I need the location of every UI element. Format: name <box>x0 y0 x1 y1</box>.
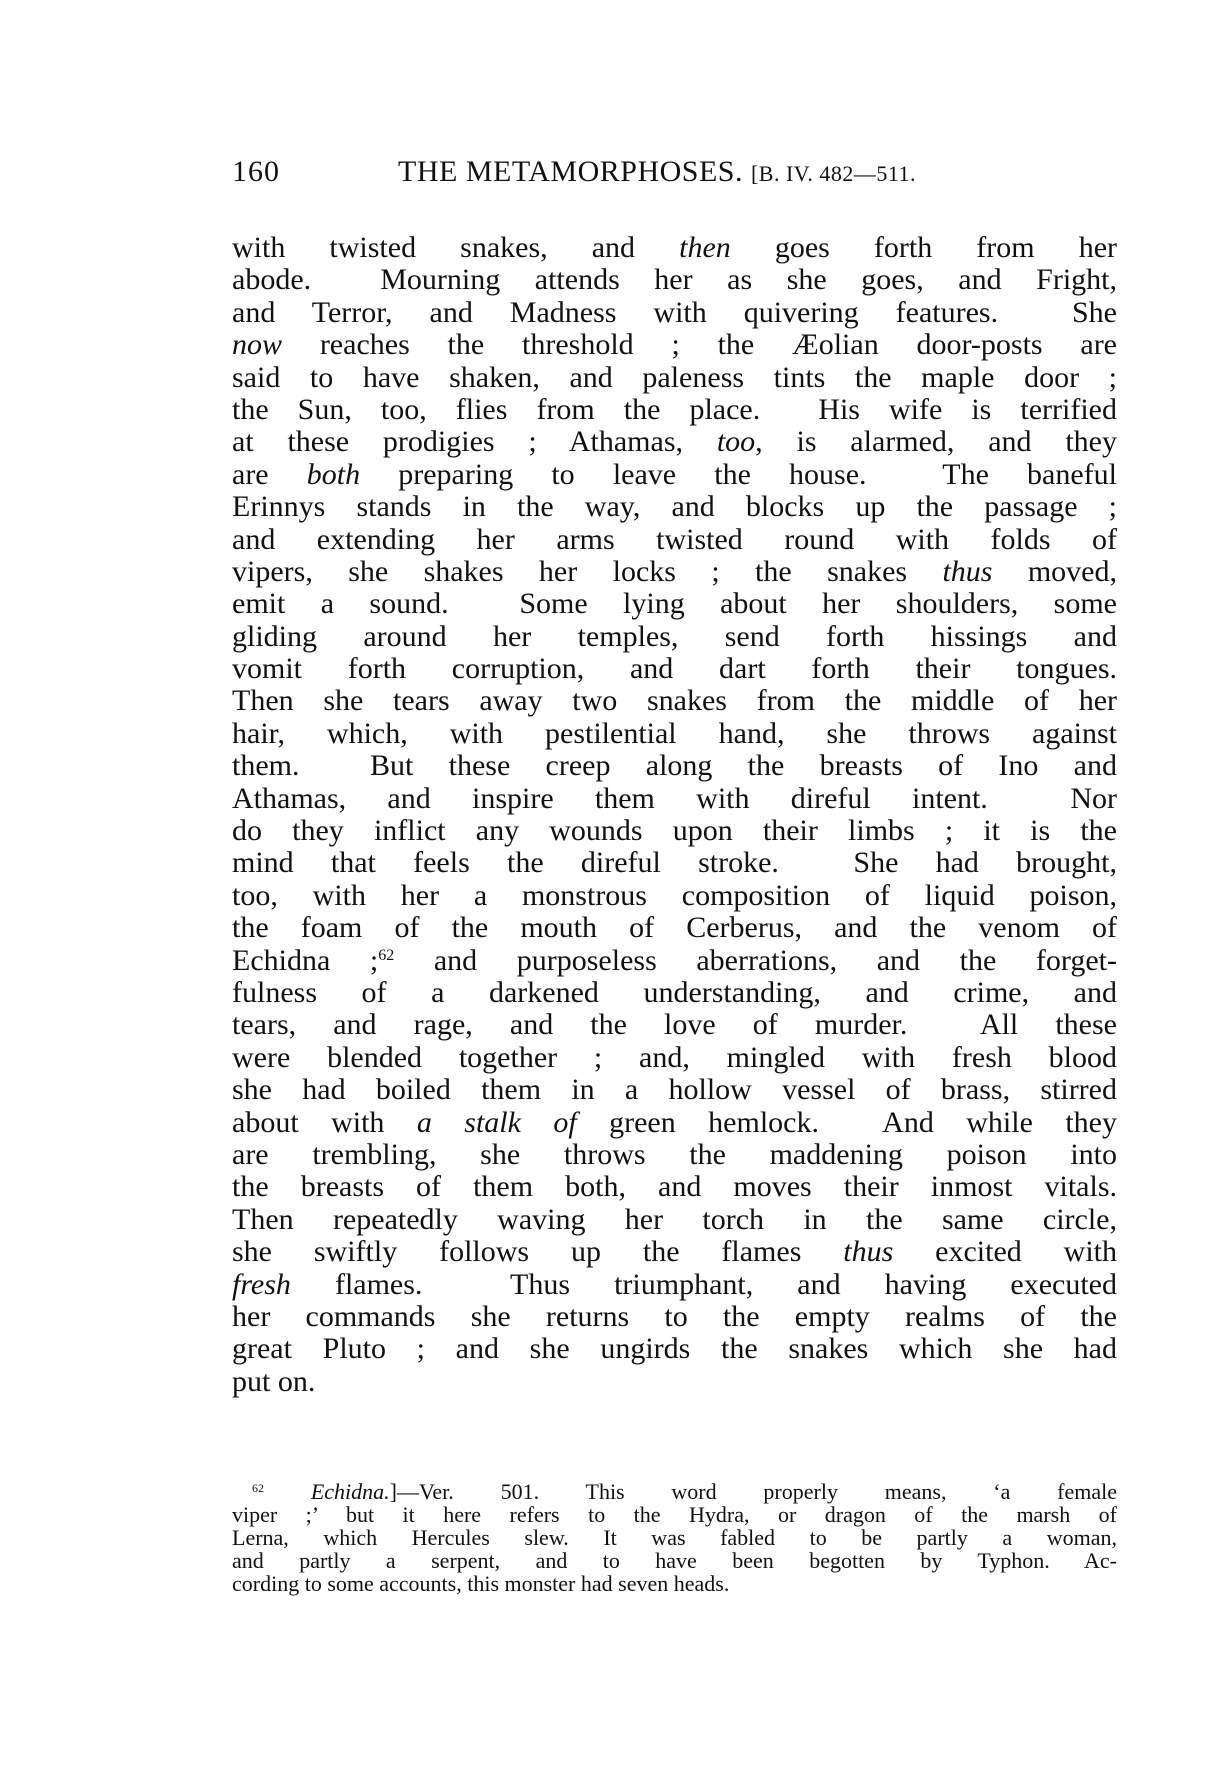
text-run <box>264 1479 311 1504</box>
text-run: tears, and rage, and the love of murder.… <box>232 1008 1117 1041</box>
body-line: the Sun, too, flies from the place. His … <box>232 394 1117 426</box>
text-run: Then she tears away two snakes from the … <box>232 684 1117 717</box>
body-line: hair, which, with pestilential hand, she… <box>232 718 1117 750</box>
body-line: Then she tears away two snakes from the … <box>232 685 1117 717</box>
text-run: preparing to leave the house. The banefu… <box>360 458 1117 491</box>
italic-emphasis: thus <box>843 1235 893 1268</box>
text-run: at these prodigies ; Athamas, <box>232 425 717 458</box>
body-line: Then repeatedly waving her torch in the … <box>232 1204 1117 1236</box>
body-line: abode. Mourning attends her as she goes,… <box>232 264 1117 296</box>
body-text: with twisted snakes, and then goes forth… <box>232 232 1117 1398</box>
text-run: and purposeless aberrations, and the for… <box>394 944 1117 977</box>
body-line: Echidna ;62 and purposeless aberrations,… <box>232 945 1117 977</box>
body-line: fulness of a darkened understanding, and… <box>232 977 1117 1009</box>
text-run: great Pluto ; and she ungirds the snakes… <box>232 1332 1117 1365</box>
text-run: ]—Ver. 501. This word properly means, ‘a… <box>390 1479 1117 1504</box>
text-run: mind that feels the direful stroke. She … <box>232 846 1117 879</box>
body-line: are both preparing to leave the house. T… <box>232 459 1117 491</box>
body-line: vomit forth corruption, and dart forth t… <box>232 653 1117 685</box>
italic-emphasis: both <box>307 458 360 491</box>
footnote-line: cording to some accounts, this monster h… <box>232 1572 1117 1595</box>
body-line: vipers, she shakes her locks ; the snake… <box>232 556 1117 588</box>
text-run: , is alarmed, and they <box>755 425 1117 458</box>
text-run: vipers, she shakes her locks ; the snake… <box>232 555 942 588</box>
text-run: the breasts of them both, and moves thei… <box>232 1170 1117 1203</box>
text-run: about with <box>232 1106 417 1139</box>
text-run: excited with <box>893 1235 1117 1268</box>
body-line: Erinnys stands in the way, and blocks up… <box>232 491 1117 523</box>
body-line: said to have shaken, and paleness tints … <box>232 362 1117 394</box>
body-line: at these prodigies ; Athamas, too, is al… <box>232 426 1117 458</box>
body-line: fresh flames. Thus triumphant, and havin… <box>232 1269 1117 1301</box>
body-line: gliding around her temples, send forth h… <box>232 621 1117 653</box>
body-line: she swiftly follows up the flames thus e… <box>232 1236 1117 1268</box>
body-line: them. But these creep along the breasts … <box>232 750 1117 782</box>
footnote-block: 62 Echidna.]—Ver. 501. This word properl… <box>232 1480 1117 1595</box>
text-run: gliding around her temples, send forth h… <box>232 620 1117 653</box>
body-line: with twisted snakes, and then goes forth… <box>232 232 1117 264</box>
body-line: now reaches the threshold ; the Æolian d… <box>232 329 1117 361</box>
text-run: flames. Thus triumphant, and having exec… <box>291 1268 1117 1301</box>
body-line: tears, and rage, and the love of murder.… <box>232 1009 1117 1041</box>
text-run: emit a sound. Some lying about her shoul… <box>232 587 1117 620</box>
text-run: and extending her arms twisted round wit… <box>232 523 1117 556</box>
body-line: about with a stalk of green hemlock. And… <box>232 1107 1117 1139</box>
text-run: her commands she returns to the empty re… <box>232 1300 1117 1333</box>
book-title: THE METAMORPHOSES. <box>398 155 743 188</box>
running-header: 160 THE METAMORPHOSES. [B. IV. 482—511. <box>232 152 1117 192</box>
italic-emphasis: Echidna. <box>311 1479 390 1504</box>
body-line: the foam of the mouth of Cerberus, and t… <box>232 912 1117 944</box>
body-line: emit a sound. Some lying about her shoul… <box>232 588 1117 620</box>
text-run: viper ;’ but it here refers to the Hydra… <box>232 1502 1117 1527</box>
page-number: 160 <box>232 152 280 192</box>
text-run: Then repeatedly waving her torch in the … <box>232 1203 1117 1236</box>
text-run: hair, which, with pestilential hand, she… <box>232 717 1117 750</box>
text-run: and partly a serpent, and to have been b… <box>232 1548 1117 1573</box>
footnote-line: 62 Echidna.]—Ver. 501. This word properl… <box>232 1480 1117 1503</box>
text-run: Athamas, and inspire them with direful i… <box>232 782 1117 815</box>
body-line: and extending her arms twisted round wit… <box>232 524 1117 556</box>
running-title: THE METAMORPHOSES. [B. IV. 482—511. <box>398 152 916 194</box>
text-run: reaches the threshold ; the Æolian door-… <box>282 328 1117 361</box>
text-run: them. But these creep along the breasts … <box>232 749 1117 782</box>
text-run: moved, <box>992 555 1117 588</box>
text-run: were blended together ; and, mingled wit… <box>232 1041 1117 1074</box>
text-run: and Terror, and Madness with quivering f… <box>232 296 1117 329</box>
text-run: are trembling, she throws the maddening … <box>232 1138 1117 1171</box>
body-line: she had boiled them in a hollow vessel o… <box>232 1074 1117 1106</box>
text-run: with twisted snakes, and <box>232 231 679 264</box>
italic-emphasis: too <box>717 425 755 458</box>
footnote-line: and partly a serpent, and to have been b… <box>232 1549 1117 1572</box>
italic-emphasis: a stalk of <box>417 1106 577 1139</box>
italic-emphasis: thus <box>942 555 992 588</box>
italic-emphasis: now <box>232 328 282 361</box>
body-line: Athamas, and inspire them with direful i… <box>232 783 1117 815</box>
body-line: and Terror, and Madness with quivering f… <box>232 297 1117 329</box>
text-run: she swiftly follows up the flames <box>232 1235 843 1268</box>
text-run: the foam of the mouth of Cerberus, and t… <box>232 911 1117 944</box>
text-run: said to have shaken, and paleness tints … <box>232 361 1117 394</box>
text-run: fulness of a darkened understanding, and… <box>232 976 1117 1009</box>
footnote-line: Lerna, which Hercules slew. It was fable… <box>232 1526 1117 1549</box>
body-line: do they inflict any wounds upon their li… <box>232 815 1117 847</box>
text-run: goes forth from her <box>731 231 1117 264</box>
text-run: cording to some accounts, this monster h… <box>232 1571 729 1596</box>
body-line: were blended together ; and, mingled wit… <box>232 1042 1117 1074</box>
body-line: mind that feels the direful stroke. She … <box>232 847 1117 879</box>
text-run: too, with her a monstrous composition of… <box>232 879 1117 912</box>
text-run: Echidna ; <box>232 944 378 977</box>
text-run: green hemlock. And while they <box>577 1106 1117 1139</box>
text-run: do they inflict any wounds upon their li… <box>232 814 1117 847</box>
body-line: are trembling, she throws the maddening … <box>232 1139 1117 1171</box>
text-run: Erinnys stands in the way, and blocks up… <box>232 490 1117 523</box>
text-run: vomit forth corruption, and dart forth t… <box>232 652 1117 685</box>
body-line: put on. <box>232 1366 1117 1398</box>
text-run: abode. Mourning attends her as she goes,… <box>232 263 1117 296</box>
text-run: she had boiled them in a hollow vessel o… <box>232 1073 1117 1106</box>
book-line-reference: [B. IV. 482—511. <box>751 161 916 186</box>
footnote-marker: 62 <box>252 1481 264 1495</box>
text-run: Lerna, which Hercules slew. It was fable… <box>232 1525 1117 1550</box>
footnote-marker: 62 <box>378 947 394 964</box>
text-run: put on. <box>232 1365 315 1398</box>
footnote-line: viper ;’ but it here refers to the Hydra… <box>232 1503 1117 1526</box>
text-run: the Sun, too, flies from the place. His … <box>232 393 1117 426</box>
body-line: too, with her a monstrous composition of… <box>232 880 1117 912</box>
body-line: the breasts of them both, and moves thei… <box>232 1171 1117 1203</box>
text-run: are <box>232 458 307 491</box>
italic-emphasis: fresh <box>232 1268 291 1301</box>
italic-emphasis: then <box>679 231 731 264</box>
body-line: her commands she returns to the empty re… <box>232 1301 1117 1333</box>
body-line: great Pluto ; and she ungirds the snakes… <box>232 1333 1117 1365</box>
